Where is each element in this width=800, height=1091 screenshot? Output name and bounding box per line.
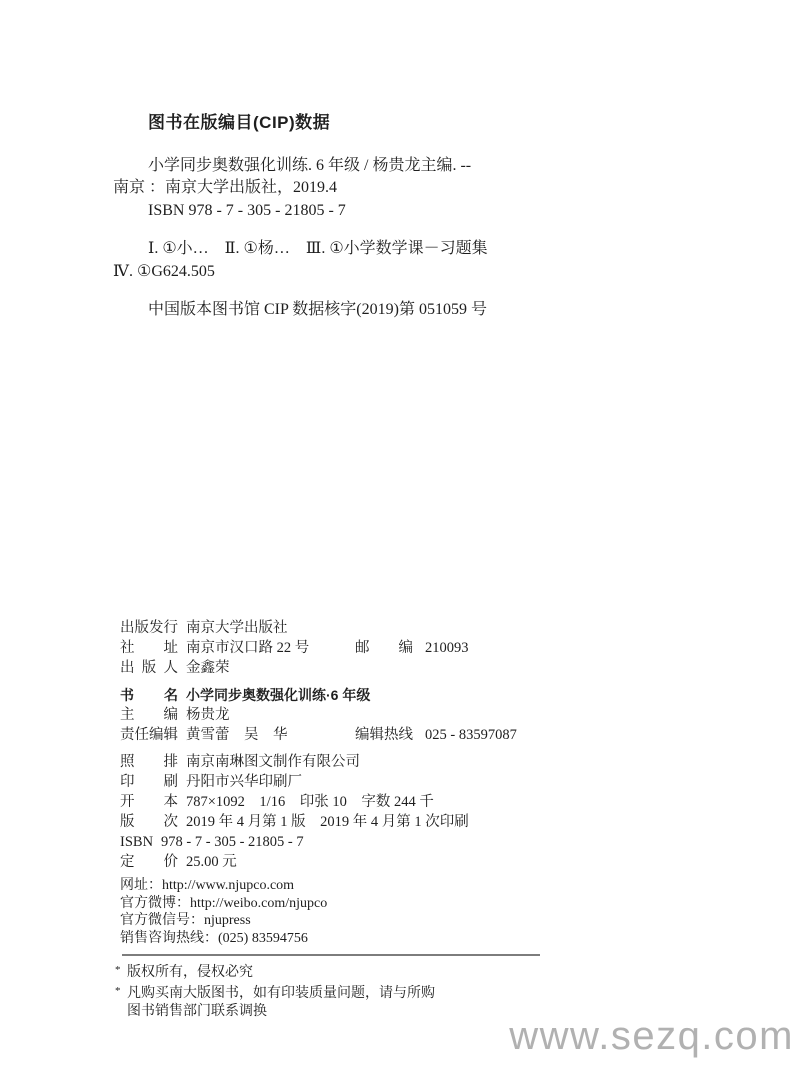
notices-block: *版权所有，侵权必究 *凡购买南大版图书，如有印装质量问题，请与所购 图书销售部… xyxy=(115,961,700,1021)
colophon-row-format: 开本787×1092 1/16 印张 10 字数 244 千 xyxy=(120,792,700,812)
weibo-line: 官方微博：http://weibo.com/njupco xyxy=(120,895,700,913)
field-value: 25.00 元 xyxy=(186,854,237,870)
field-label: 开本 xyxy=(120,792,178,812)
field-label: 主编 xyxy=(120,705,178,725)
cip-heading: 图书在版编目(CIP)数据 xyxy=(148,112,713,135)
field-value: 金鑫荣 xyxy=(186,660,230,676)
watermark-text: www.sezq.com xyxy=(509,1014,794,1059)
field-label: 社址 xyxy=(120,638,178,658)
field-value: 025 - 83597087 xyxy=(425,727,517,743)
field-value: 小学同步奥数强化训练·6 年级 xyxy=(186,687,370,703)
cip-record-number: 中国版本图书馆 CIP 数据核字(2019)第 051059 号 xyxy=(113,299,713,322)
sales-hotline-line: 销售咨询热线：(025) 83594756 xyxy=(120,930,700,948)
colophon-row-isbn: ISBN978 - 7 - 305 - 21805 - 7 xyxy=(120,832,700,852)
field-label: 照排 xyxy=(120,752,178,772)
field-label: 版次 xyxy=(120,812,178,832)
website-line: 网址：http://www.njupco.com xyxy=(120,877,700,895)
colophon-row-responsible-editor: 责任编辑黄雪蕾 吴 华 编辑热线025 - 83597087 xyxy=(120,725,700,745)
cip-classification-line-2: Ⅳ. ①G624.505 xyxy=(113,261,713,284)
field-label: 定价 xyxy=(120,852,178,872)
field-value: 978 - 7 - 305 - 21805 - 7 xyxy=(161,834,304,850)
divider-rule xyxy=(122,954,540,956)
quality-notice: *凡购买南大版图书，如有印装质量问题，请与所购 xyxy=(115,982,700,1003)
colophon-block: 出版发行南京大学出版社 社址南京市汉口路 22 号 邮编210093 出版人金鑫… xyxy=(120,618,700,1021)
colophon-row-address: 社址南京市汉口路 22 号 邮编210093 xyxy=(120,638,700,658)
cip-block: 图书在版编目(CIP)数据 小学同步奥数强化训练. 6 年级 / 杨贵龙主编. … xyxy=(113,112,713,322)
field-value: 黄雪蕾 吴 华 xyxy=(186,727,288,743)
cip-classification-line-1: Ⅰ. ①小… Ⅱ. ①杨… Ⅲ. ①小学数学课－习题集 xyxy=(113,238,713,261)
colophon-row-printing: 印刷丹阳市兴华印刷厂 xyxy=(120,772,700,792)
asterisk-mark: * xyxy=(115,961,127,979)
colophon-row-person: 出版人金鑫荣 xyxy=(120,658,700,678)
copyright-page: 图书在版编目(CIP)数据 小学同步奥数强化训练. 6 年级 / 杨贵龙主编. … xyxy=(0,0,800,1091)
colophon-row-editor-in-chief: 主编杨贵龙 xyxy=(120,705,700,725)
field-label: 出版发行 xyxy=(120,618,178,638)
editor-hotline-pair: 编辑热线025 - 83597087 xyxy=(355,725,517,745)
wechat-line: 官方微信号：njupress xyxy=(120,912,700,930)
field-label: 印刷 xyxy=(120,772,178,792)
cip-title-line: 小学同步奥数强化训练. 6 年级 / 杨贵龙主编. -- xyxy=(113,155,713,178)
field-label: 出版人 xyxy=(120,658,178,678)
cip-publisher-line: 南京 ：南京大学出版社，2019.4 xyxy=(113,177,713,200)
copyright-notice: *版权所有，侵权必究 xyxy=(115,961,700,982)
field-label: 书名 xyxy=(120,685,178,705)
field-value: 2019 年 4 月第 1 版 2019 年 4 月第 1 次印刷 xyxy=(186,814,469,830)
colophon-row-publisher: 出版发行南京大学出版社 xyxy=(120,618,700,638)
field-value: 丹阳市兴华印刷厂 xyxy=(186,774,302,790)
field-label: 编辑热线 xyxy=(355,725,413,745)
field-label: 邮编 xyxy=(355,638,413,658)
field-value: 南京南琳图文制作有限公司 xyxy=(186,754,360,770)
colophon-row-edition: 版次2019 年 4 月第 1 版 2019 年 4 月第 1 次印刷 xyxy=(120,812,700,832)
asterisk-mark: * xyxy=(115,982,127,1000)
notice-text: 版权所有，侵权必究 xyxy=(127,965,253,980)
postcode-pair: 邮编210093 xyxy=(355,638,469,658)
notice-text: 凡购买南大版图书，如有印装质量问题，请与所购 xyxy=(127,986,435,1001)
field-label: ISBN xyxy=(120,832,153,852)
field-value: 杨贵龙 xyxy=(186,707,230,723)
field-value: 210093 xyxy=(425,640,469,656)
colophon-row-typesetting: 照排南京南琳图文制作有限公司 xyxy=(120,752,700,772)
cip-isbn-line: ISBN 978 - 7 - 305 - 21805 - 7 xyxy=(113,200,713,223)
colophon-row-book-title: 书名小学同步奥数强化训练·6 年级 xyxy=(120,685,700,705)
colophon-row-price: 定价25.00 元 xyxy=(120,852,700,872)
contact-block: 网址：http://www.njupco.com 官方微博：http://wei… xyxy=(120,877,700,947)
field-label: 责任编辑 xyxy=(120,725,178,745)
field-value: 787×1092 1/16 印张 10 字数 244 千 xyxy=(186,794,434,810)
field-value: 南京大学出版社 xyxy=(186,620,288,636)
field-value: 南京市汉口路 22 号 xyxy=(186,640,309,656)
